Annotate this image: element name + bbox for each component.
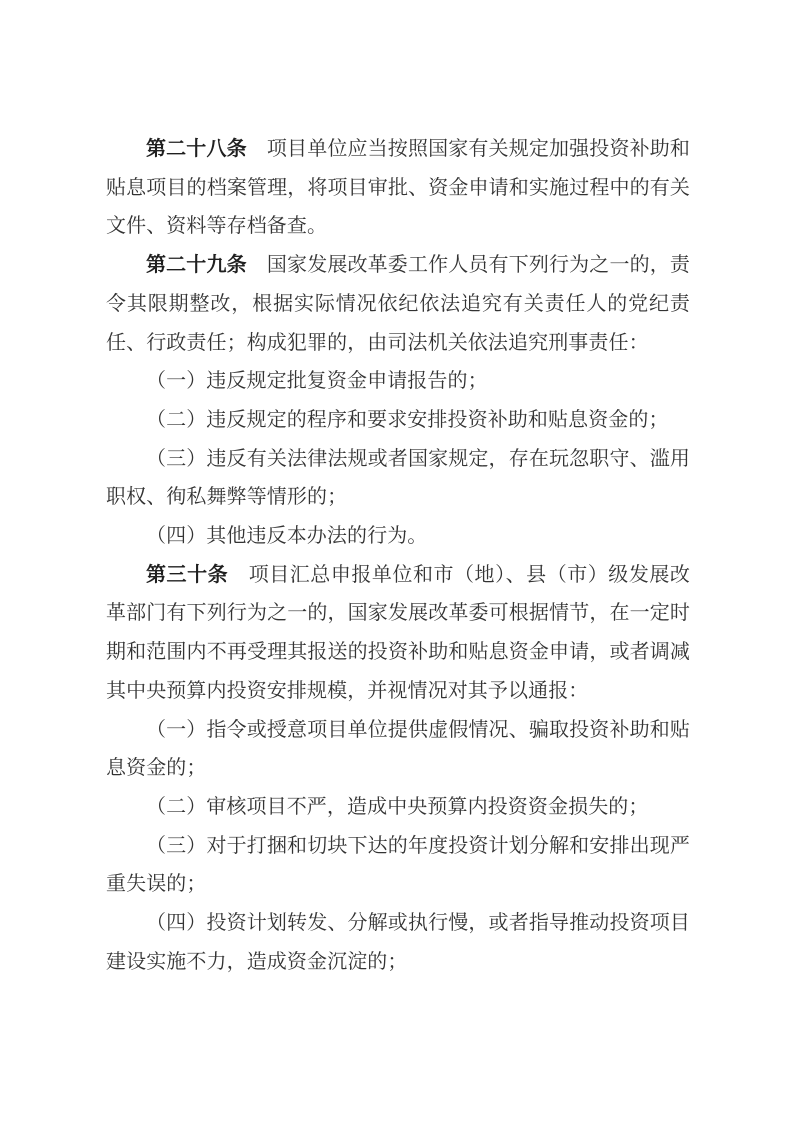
article-number: 第二十九条: [146, 254, 247, 276]
clause-text: （一）指令或授意项目单位提供虚假情况、骗取投资补助和贴息资金的；: [106, 719, 690, 780]
clause-paragraph: （一）违反规定批复资金申请报告的；: [106, 362, 690, 401]
clause-paragraph: （四）其他违反本办法的行为。: [106, 517, 690, 556]
clause-text: （三）对于打捆和切块下达的年度投资计划分解和安排出现严重失误的；: [106, 835, 690, 896]
clause-text: （一）违反规定批复资金申请报告的；: [146, 370, 488, 392]
clause-text: （二）审核项目不严，造成中央预算内投资资金损失的；: [146, 796, 649, 818]
clause-text: （三）违反有关法律法规或者国家规定，存在玩忽职守、滥用职权、徇私舞弊等情形的；: [106, 448, 690, 509]
article-paragraph: 第三十条 项目汇总申报单位和市（地）、县（市）级发展改革部门有下列行为之一的，国…: [106, 556, 690, 711]
clause-paragraph: （二）审核项目不严，造成中央预算内投资资金损失的；: [106, 788, 690, 827]
clause-paragraph: （三）违反有关法律法规或者国家规定，存在玩忽职守、滥用职权、徇私舞弊等情形的；: [106, 440, 690, 517]
clause-paragraph: （三）对于打捆和切块下达的年度投资计划分解和安排出现严重失误的；: [106, 827, 690, 904]
clause-text: （四）其他违反本办法的行为。: [146, 525, 427, 547]
document-body: 第二十八条 项目单位应当按照国家有关规定加强投资补助和贴息项目的档案管理，将项目…: [106, 130, 690, 981]
article-paragraph: 第二十八条 项目单位应当按照国家有关规定加强投资补助和贴息项目的档案管理，将项目…: [106, 130, 690, 246]
article-number: 第二十八条: [146, 138, 247, 160]
clause-text: （四）投资计划转发、分解或执行慢，或者指导推动投资项目建设实施不力，造成资金沉淀…: [106, 912, 690, 973]
article-number: 第三十条: [146, 564, 228, 586]
clause-paragraph: （一）指令或授意项目单位提供虚假情况、骗取投资补助和贴息资金的；: [106, 711, 690, 788]
clause-paragraph: （二）违反规定的程序和要求安排投资补助和贴息资金的；: [106, 401, 690, 440]
document-page: 第二十八条 项目单位应当按照国家有关规定加强投资补助和贴息项目的档案管理，将项目…: [0, 0, 794, 1123]
article-paragraph: 第二十九条 国家发展改革委工作人员有下列行为之一的，责令其限期整改，根据实际情况…: [106, 246, 690, 362]
clause-paragraph: （四）投资计划转发、分解或执行慢，或者指导推动投资项目建设实施不力，造成资金沉淀…: [106, 904, 690, 981]
clause-text: （二）违反规定的程序和要求安排投资补助和贴息资金的；: [146, 409, 669, 431]
